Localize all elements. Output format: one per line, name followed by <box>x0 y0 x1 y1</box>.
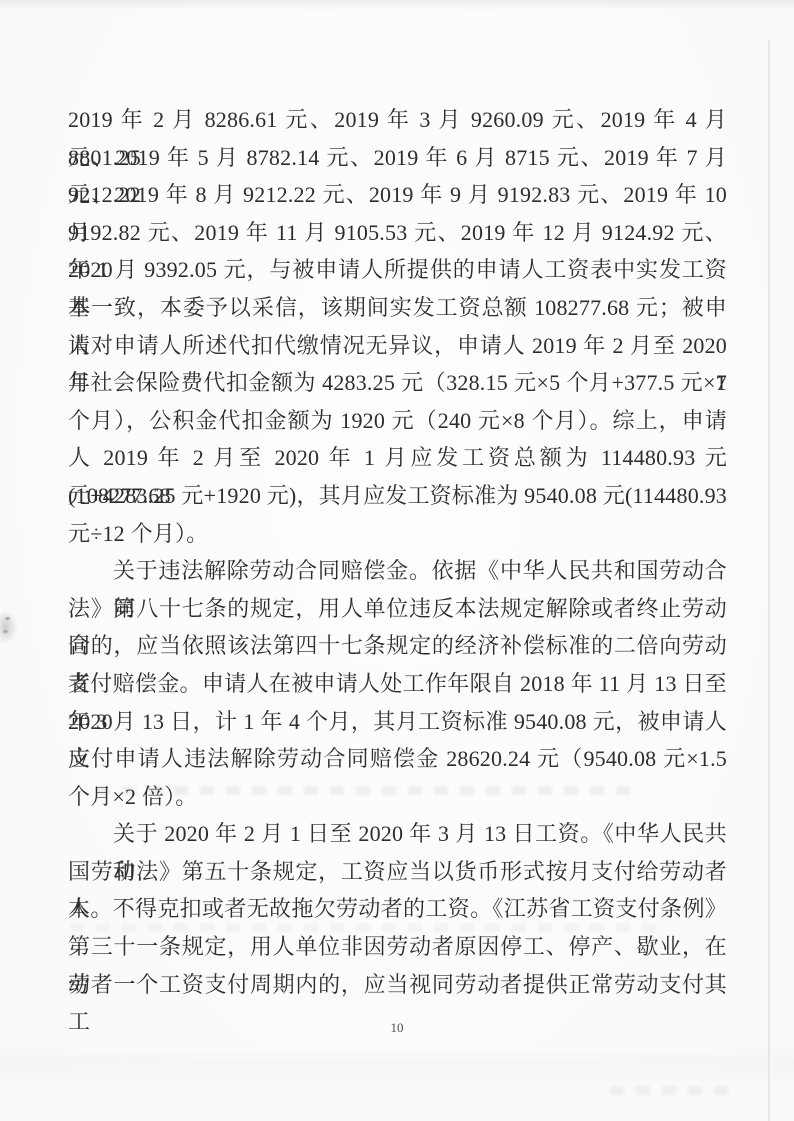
text-line: 人。不得克扣或者无故拖欠劳动者的工资。《江苏省工资支付条例》 <box>68 890 727 928</box>
text-line: 关于违法解除劳动合同赔偿金。依据《中华人民共和国劳动合同 <box>68 552 727 590</box>
text-line: 个月），公积金代扣金额为 1920 元（240 元×8 个月）。综上，申请 <box>68 402 727 440</box>
page-edge-shadow <box>768 40 770 1121</box>
text-line: 年 3 月 13 日，计 1 年 4 个月，其月工资标准 9540.08 元，被… <box>68 703 727 741</box>
scan-smudge-artifact <box>0 610 18 644</box>
text-line: 国劳动法》第五十条规定，工资应当以货币形式按月支付给劳动者本 <box>68 853 727 891</box>
text-line: 元、2019 年 5 月 8782.14 元、2019 年 6 月 8715 元… <box>68 139 727 177</box>
text-line: 人对申请人所述代扣代缴情况无异议，申请人 2019 年 2 月至 2020 年 … <box>68 327 727 365</box>
text-line: 元、2019 年 8 月 9212.22 元、2019 年 9 月 9192.8… <box>68 176 727 214</box>
text-line: 元+4283.25 元+1920 元)，其月应发工资标准为 9540.08 元(… <box>68 477 727 515</box>
text-line: 月社会保险费代扣金额为 4283.25 元（328.15 元×5 个月+377.… <box>68 364 727 402</box>
text-line: 本一致，本委予以采信，该期间实发工资总额 108277.68 元；被申请 <box>68 289 727 327</box>
text-line: 元÷12 个月）。 <box>68 515 727 553</box>
scanned-document-page: 2019 年 2 月 8286.61 元、2019 年 3 月 9260.09 … <box>0 0 794 1121</box>
text-line: 关于 2020 年 2 月 1 日至 2020 年 3 月 13 日工资。《中华… <box>68 815 727 853</box>
document-text: 2019 年 2 月 8286.61 元、2019 年 3 月 9260.09 … <box>68 101 727 1003</box>
text-line: 9192.82 元、2019 年 11 月 9105.53 元、2019 年 1… <box>68 214 727 252</box>
text-line: 支付赔偿金。申请人在被申请人处工作年限自 2018 年 11 月 13 日至 2… <box>68 665 727 703</box>
page-number: 10 <box>0 1020 794 1036</box>
ink-bleed-artifact <box>610 1086 740 1095</box>
text-line: 法》第八十七条的规定，用人单位违反本法规定解除或者终止劳动合 <box>68 590 727 628</box>
text-line: 2019 年 2 月 8286.61 元、2019 年 3 月 9260.09 … <box>68 101 727 139</box>
scan-bottom-edge-artifact <box>0 1048 794 1086</box>
text-line: 同的，应当依照该法第四十七条规定的经济补偿标准的二倍向劳动者 <box>68 627 727 665</box>
text-line: 动者一个工资支付周期内的，应当视同劳动者提供正常劳动支付其工 <box>68 966 727 1004</box>
text-line: 第三十一条规定，用人单位非因劳动者原因停工、停产、歇业，在劳 <box>68 928 727 966</box>
text-line: 支付申请人违法解除劳动合同赔偿金 28620.24 元（9540.08 元×1.… <box>68 740 727 778</box>
text-line: 个月×2 倍）。 <box>68 778 727 816</box>
text-line: 年 1 月 9392.05 元，与被申请人所提供的申请人工资表中实发工资基 <box>68 251 727 289</box>
text-line: 人 2019 年 2 月至 2020 年 1 月应发工资总额为 114480.9… <box>68 439 727 477</box>
scan-top-edge-artifact <box>0 0 794 10</box>
